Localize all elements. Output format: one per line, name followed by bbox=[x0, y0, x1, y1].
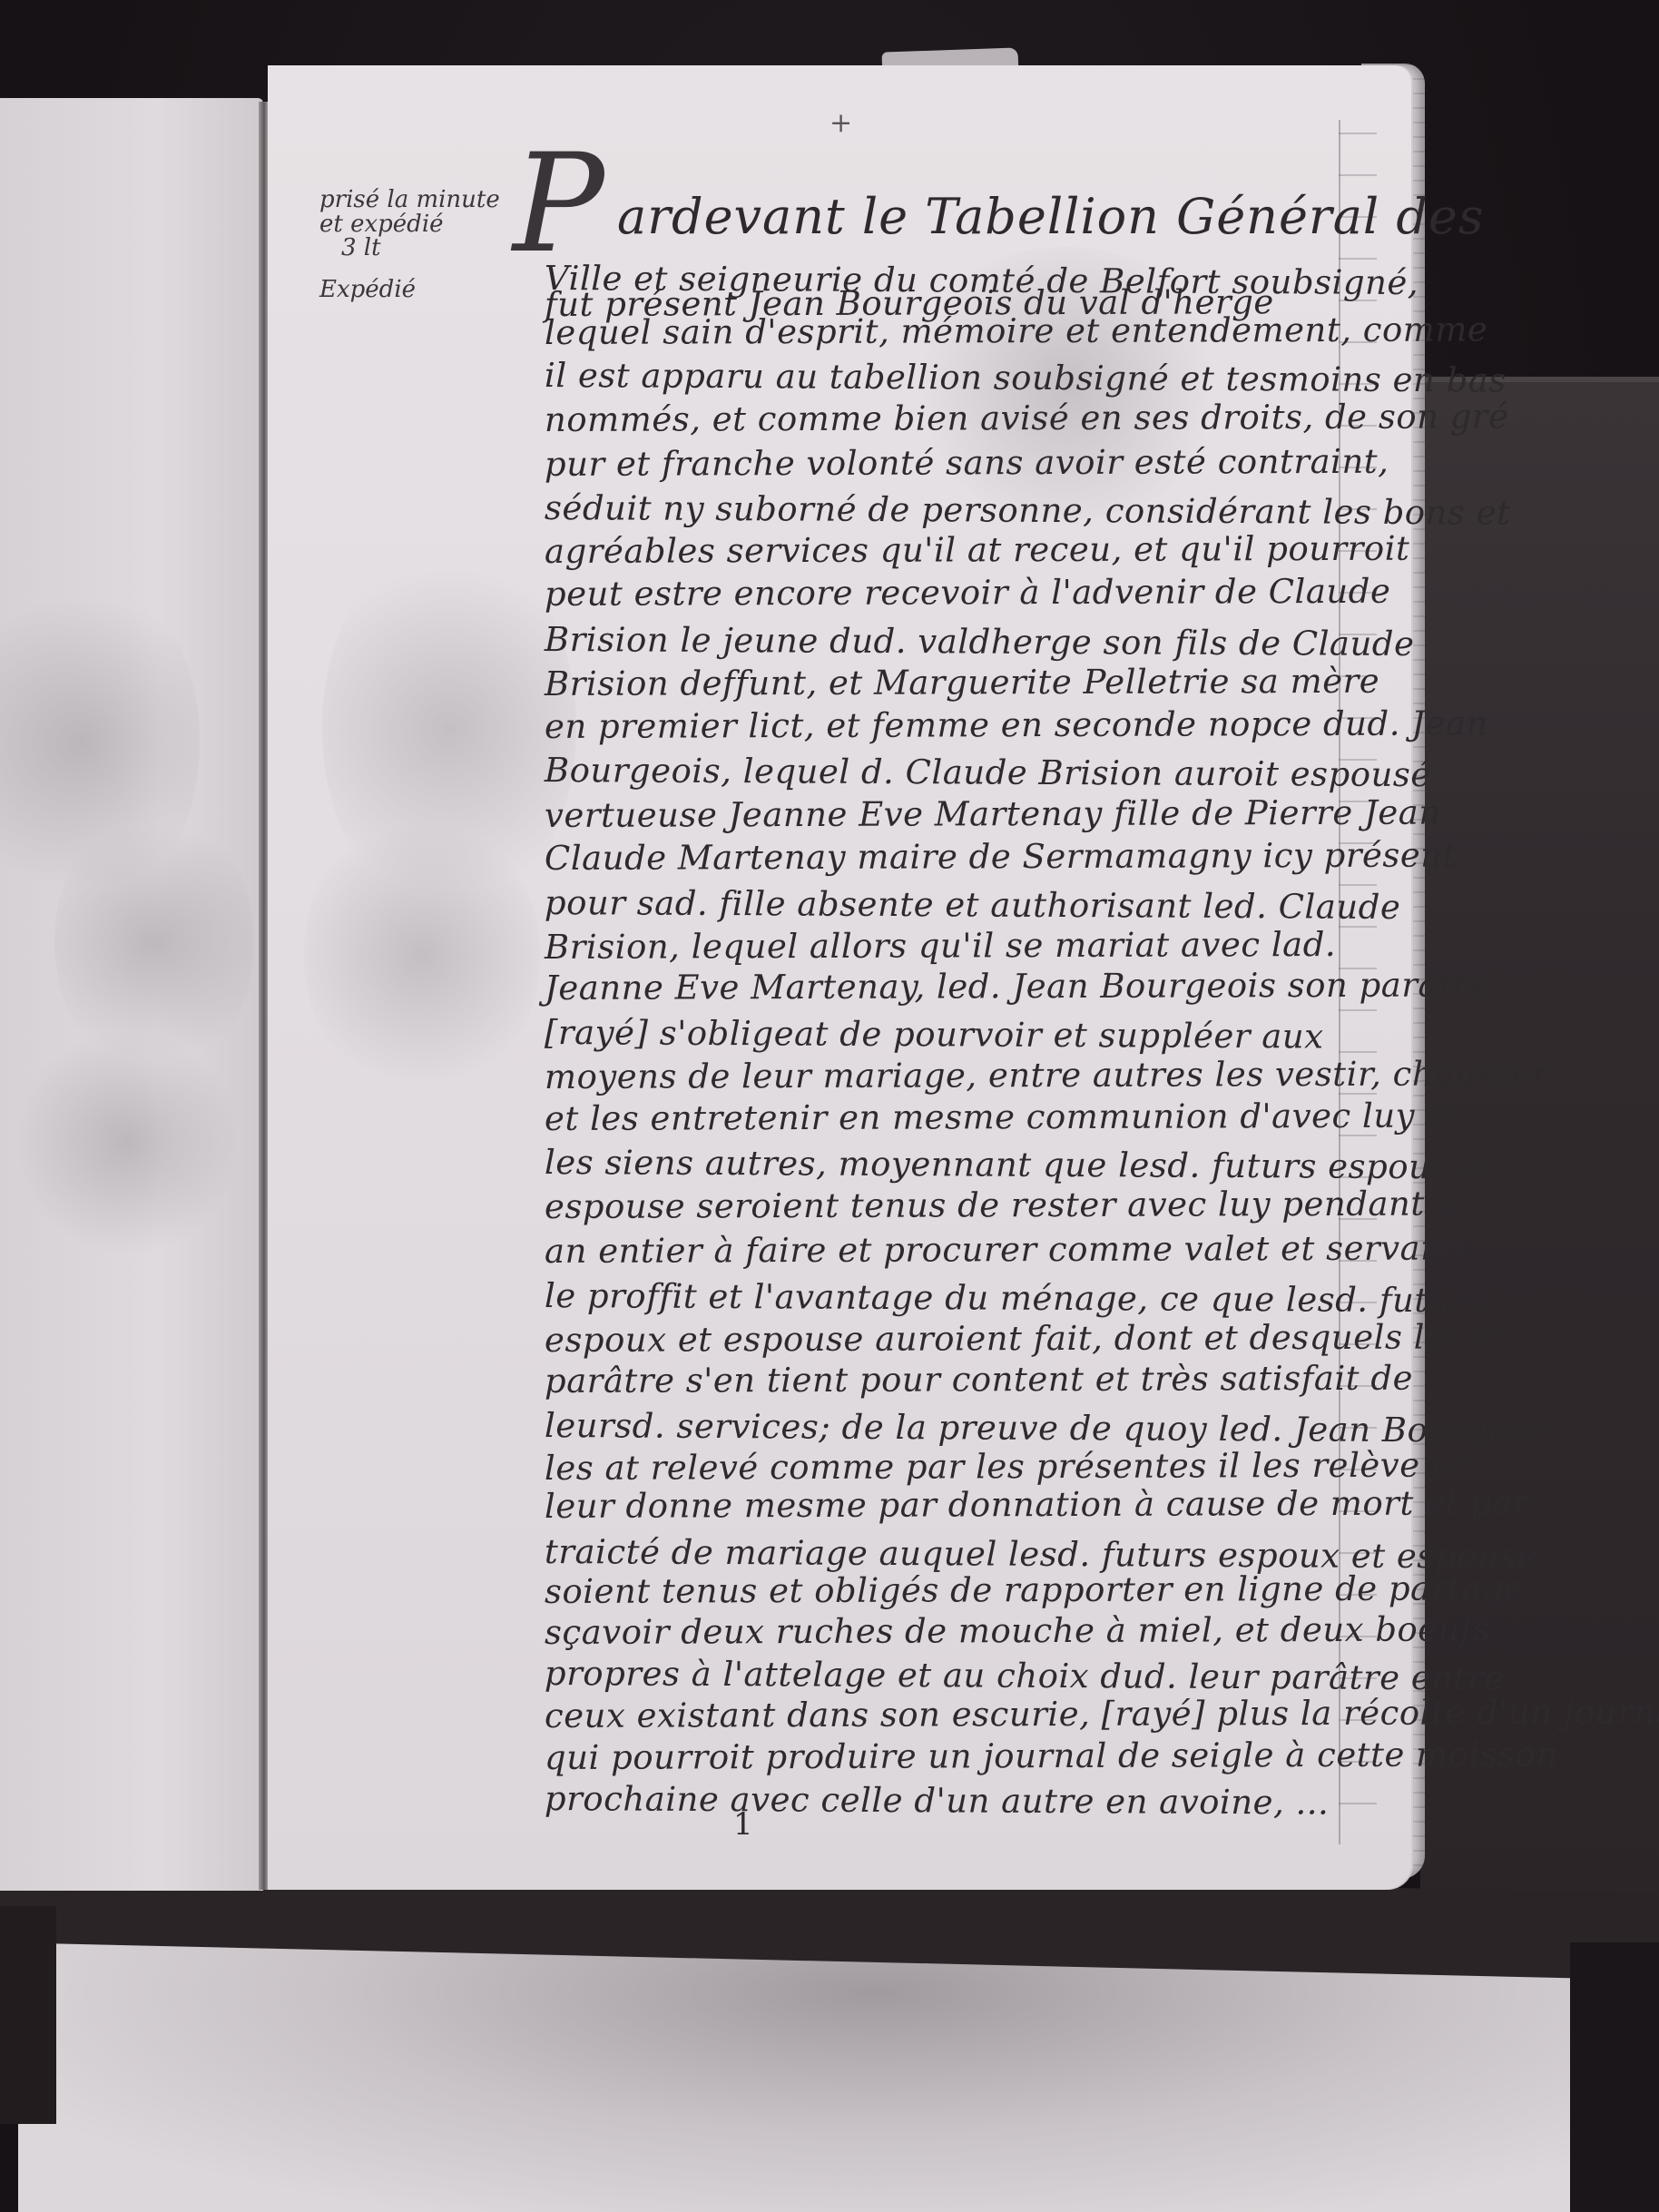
manuscript-line: leursd. services; de la preuve de quoy l… bbox=[545, 1406, 1558, 1450]
manuscript-line: espoux et espouse auroient fait, dont et… bbox=[545, 1317, 1517, 1360]
manuscript-line: moyens de leur mariage, entre autres les… bbox=[545, 1054, 1549, 1096]
margin-note: 3 lt bbox=[341, 234, 381, 261]
manuscript-line: soient tenus et obligés de rapporter en … bbox=[545, 1568, 1525, 1611]
manuscript-line: pour sad. fille absente et authorisant l… bbox=[545, 883, 1401, 927]
water-stain bbox=[304, 810, 540, 1100]
manuscript-line: espouse seroient tenus de rester avec lu… bbox=[545, 1184, 1480, 1226]
heading-text: ardevant le Tabellion Général des bbox=[617, 188, 1485, 245]
manuscript-line: sçavoir deux ruches de mouche à miel, et… bbox=[545, 1609, 1491, 1652]
manuscript-line: Brision, lequel allors qu'il se mariat a… bbox=[545, 925, 1336, 967]
manuscript-line: ceux existant dans son escurie, [rayé] p… bbox=[545, 1693, 1659, 1735]
top-cross-mark: + bbox=[829, 107, 852, 139]
manuscript-line: le proffit et l'avantage du ménage, ce q… bbox=[545, 1276, 1485, 1320]
manuscript-line: prochaine avec celle d'un autre en avoin… bbox=[545, 1779, 1330, 1823]
water-stain bbox=[18, 1024, 236, 1260]
manuscript-line: agréables services qu'il at receu, et qu… bbox=[545, 529, 1410, 571]
manuscript-line: lequel sain d'esprit, mémoire et entende… bbox=[545, 310, 1487, 352]
manuscript-line: Claude Martenay maire de Sermamagny icy … bbox=[545, 835, 1457, 878]
table-surface bbox=[18, 1938, 1579, 2212]
manuscript-line: les siens autres, moyennant que lesd. fu… bbox=[545, 1143, 1496, 1186]
manuscript-line: pur et franche volonté sans avoir esté c… bbox=[545, 442, 1389, 484]
manuscript-line: vertueuse Jeanne Eve Martenay fille de P… bbox=[545, 793, 1441, 835]
manuscript-line: propres à l'attelage et au choix dud. le… bbox=[545, 1654, 1505, 1698]
manuscript-line: Bourgeois, lequel d. Claude Brision auro… bbox=[545, 751, 1431, 794]
support-leg-left bbox=[0, 1906, 56, 2124]
manuscript-line: il est apparu au tabellion soubsigné et … bbox=[545, 356, 1507, 400]
manuscript-line: qui pourroit produire un journal de seig… bbox=[545, 1735, 1558, 1777]
margin-note: et expédié bbox=[319, 211, 444, 238]
manuscript-line: Jeanne Eve Martenay, led. Jean Bourgeois… bbox=[545, 965, 1489, 1008]
manuscript-line: les at relevé comme par les présentes il… bbox=[545, 1445, 1466, 1488]
manuscript-line: [rayé] s'obligeat de pourvoir et supplée… bbox=[545, 1013, 1324, 1056]
left-page bbox=[0, 98, 263, 1891]
manuscript-line: an entier à faire et procurer comme vale… bbox=[545, 1228, 1477, 1271]
manuscript-line: nommés, et comme bien avisé en ses droit… bbox=[545, 397, 1509, 439]
manuscript-line: séduit ny suborné de personne, considéra… bbox=[545, 488, 1511, 533]
manuscript-line: peut estre encore recevoir à l'advenir d… bbox=[545, 572, 1390, 614]
manuscript-line: en premier lict, et femme en seconde nop… bbox=[545, 703, 1488, 746]
folio-number: 1 bbox=[733, 1806, 753, 1843]
decorated-initial: P bbox=[513, 136, 604, 272]
manuscript-line: Brision deffunt, et Marguerite Pelletrie… bbox=[545, 662, 1379, 703]
margin-note: prisé la minute bbox=[319, 186, 500, 213]
margin-note: Expédié bbox=[319, 276, 416, 303]
manuscript-line: et les entretenir en mesme communion d'a… bbox=[545, 1096, 1460, 1138]
manuscript-line: parâtre s'en tient pour content et très … bbox=[545, 1359, 1413, 1401]
manuscript-line: leur donne mesme par donnation à cause d… bbox=[545, 1483, 1529, 1526]
manuscript-line: Brision le jeune dud. valdherge son fils… bbox=[545, 620, 1415, 664]
support-leg-right bbox=[1570, 1942, 1659, 2212]
